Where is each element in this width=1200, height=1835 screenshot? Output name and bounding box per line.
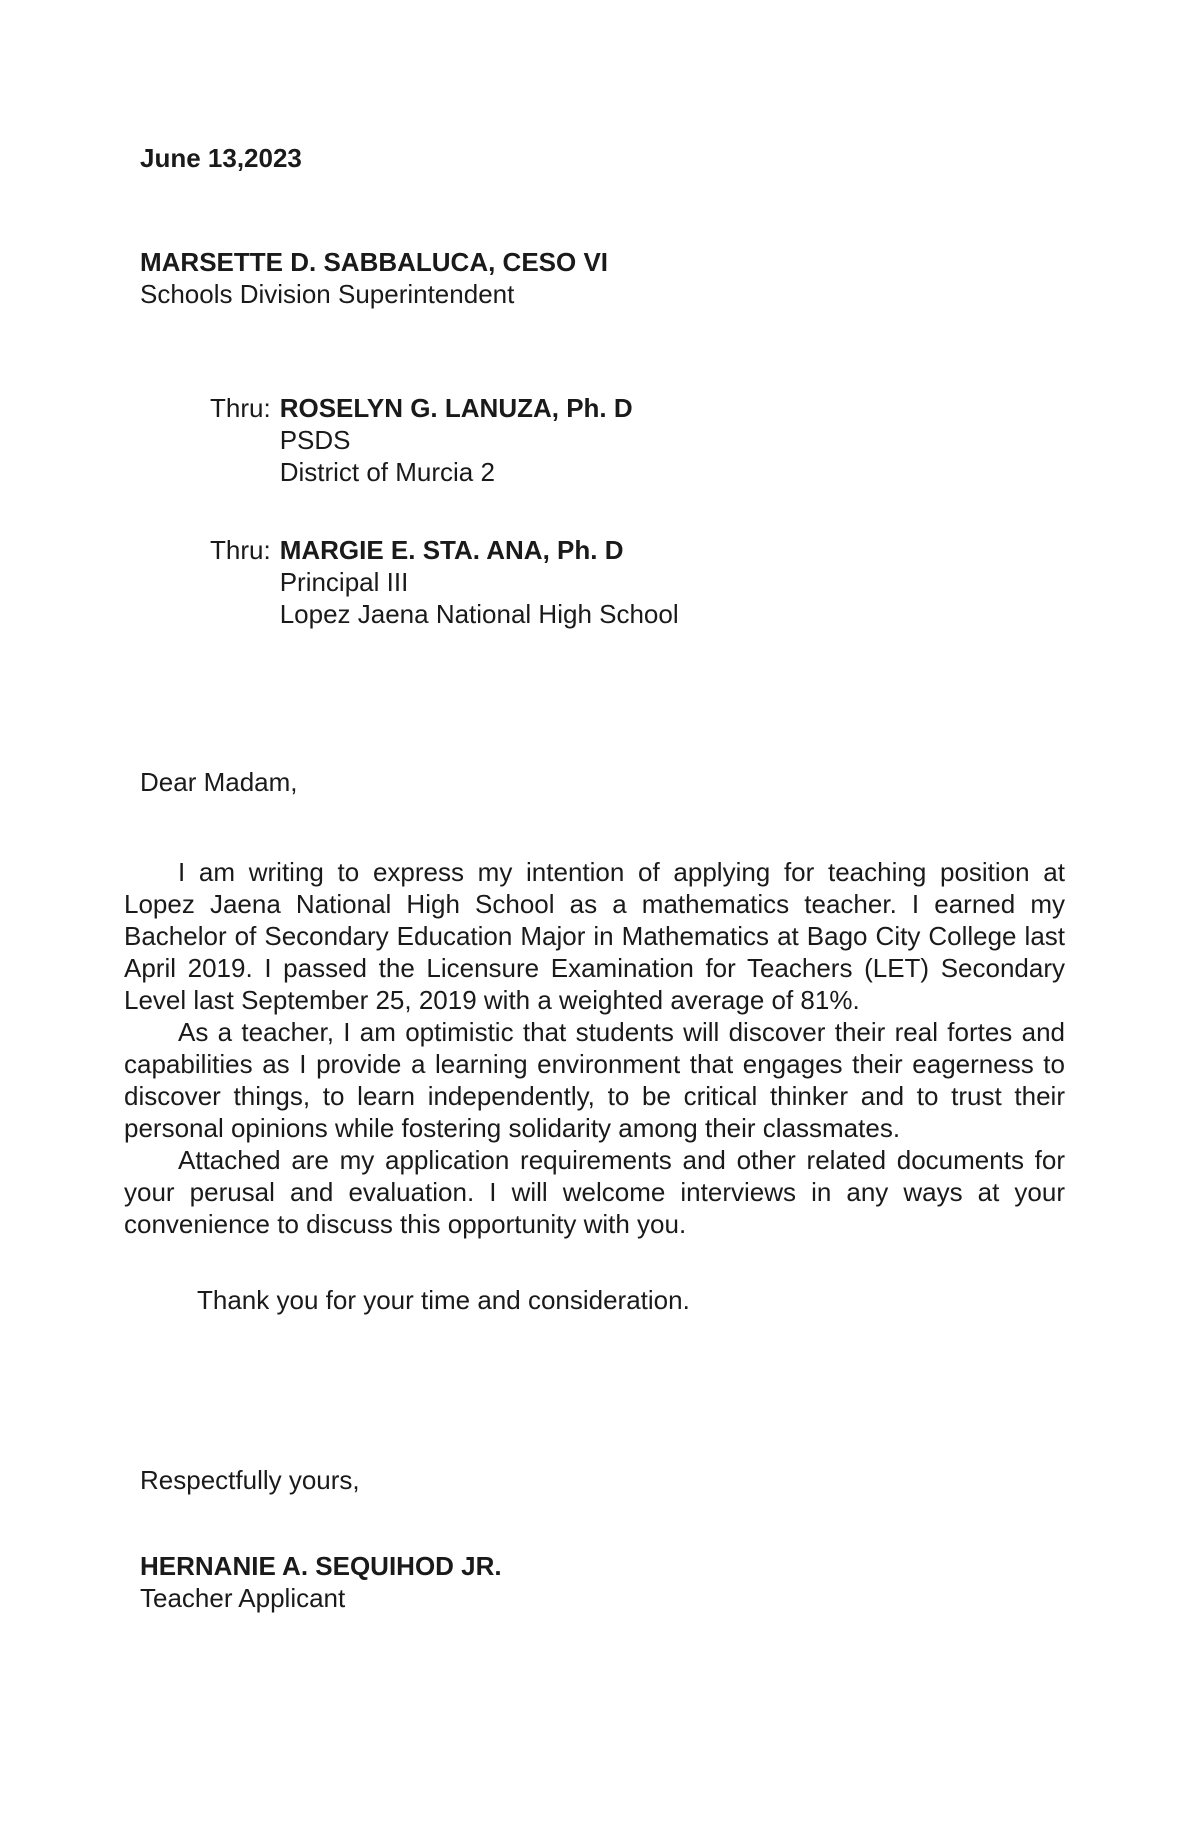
thru-org-2: Lopez Jaena National High School — [280, 598, 679, 630]
thru-org-1: District of Murcia 2 — [280, 456, 633, 488]
signature-block: HERNANIE A. SEQUIHOD JR. Teacher Applica… — [140, 1550, 1200, 1614]
letter-page: June 13,2023 MARSETTE D. SABBALUCA, CESO… — [0, 0, 1200, 1835]
recipient-name: MARSETTE D. SABBALUCA, CESO VI — [140, 246, 1200, 278]
thru-name-1: ROSELYN G. LANUZA, Ph. D — [280, 392, 633, 424]
recipient-block: MARSETTE D. SABBALUCA, CESO VI Schools D… — [140, 246, 1200, 310]
signature-title: Teacher Applicant — [140, 1582, 1200, 1614]
body-paragraph-2: As a teacher, I am optimistic that stude… — [124, 1016, 1065, 1144]
letter-body: I am writing to express my intention of … — [124, 856, 1065, 1240]
thru-label: Thru: — [210, 392, 271, 424]
letter-date: June 13,2023 — [140, 142, 1200, 174]
salutation: Dear Madam, — [140, 766, 1200, 798]
thru-block-1: Thru: ROSELYN G. LANUZA, Ph. D PSDS Dist… — [210, 392, 1200, 488]
thru-content-2: MARGIE E. STA. ANA, Ph. D Principal III … — [280, 534, 679, 630]
body-paragraph-3: Attached are my application requirements… — [124, 1144, 1065, 1240]
thru-content-1: ROSELYN G. LANUZA, Ph. D PSDS District o… — [280, 392, 633, 488]
signature-name: HERNANIE A. SEQUIHOD JR. — [140, 1550, 1200, 1582]
thru-label: Thru: — [210, 534, 271, 566]
thru-title-2: Principal III — [280, 566, 679, 598]
thru-block-2: Thru: MARGIE E. STA. ANA, Ph. D Principa… — [210, 534, 1200, 630]
body-paragraph-1: I am writing to express my intention of … — [124, 856, 1065, 1016]
thru-name-2: MARGIE E. STA. ANA, Ph. D — [280, 534, 679, 566]
valediction: Respectfully yours, — [140, 1464, 1200, 1496]
thru-title-1: PSDS — [280, 424, 633, 456]
recipient-title: Schools Division Superintendent — [140, 278, 1200, 310]
closing-line: Thank you for your time and consideratio… — [140, 1284, 1200, 1316]
